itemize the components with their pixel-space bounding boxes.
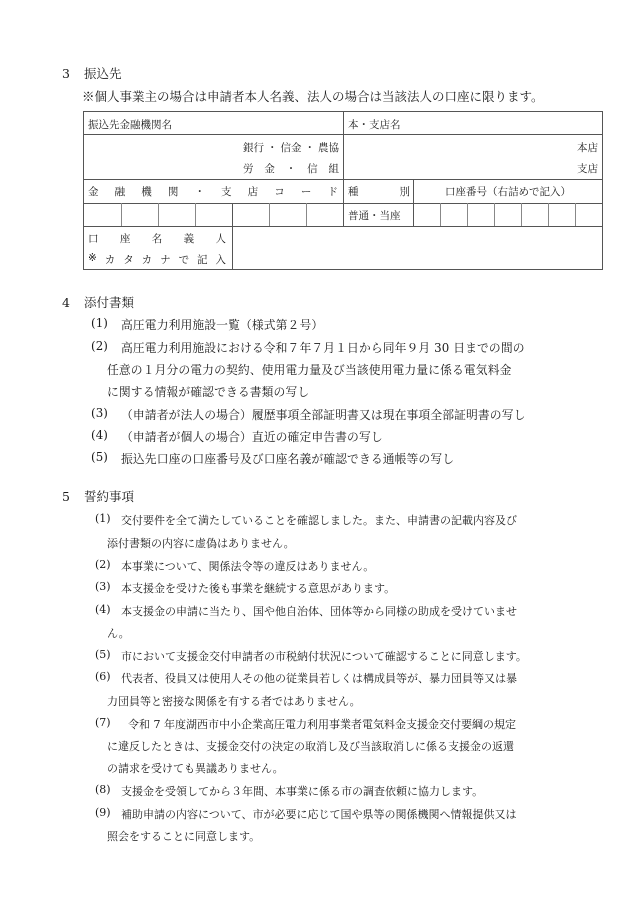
pledge-item-3-number: (3)	[95, 580, 111, 593]
attachment-item-5-number: (5)	[91, 450, 108, 464]
attachment-item-2-number: (2)	[91, 339, 108, 353]
account-cell-2[interactable]	[440, 204, 467, 226]
section5-number: 5	[62, 489, 70, 504]
section3-note: ※個人事業主の場合は申請者本人名義、法人の場合は当該法人の口座に限ります。	[82, 87, 544, 105]
pledge-item-7-line-1: 令和 7 年度湖西市中小企業高圧電力利用事業者電気料金支援金交付要綱の規定	[128, 716, 516, 732]
code-cell-5[interactable]	[232, 204, 269, 226]
pledge-item-4-line-1: 本支援金の申請に当たり、国や他自治体、団体等から同様の助成を受けていませ	[121, 603, 517, 619]
attachment-item-4-number: (4)	[91, 428, 108, 442]
pledge-item-8-number: (8)	[95, 783, 111, 796]
section4-title: 添付書類	[84, 295, 134, 310]
code-cell-6[interactable]	[269, 204, 306, 226]
attachment-item-3: （申請者が法人の場合）履歴事項全部証明書又は現在事項全部証明書の写し	[121, 406, 526, 423]
attachment-item-1-number: (1)	[91, 316, 108, 330]
account-cell-1[interactable]	[413, 204, 440, 226]
attachment-item-1: 高圧電力利用施設一覧（様式第２号）	[121, 316, 323, 333]
account-holder-label: 口 座 名 義 人	[88, 231, 226, 246]
bank-name-field[interactable]: 銀行 ・ 信金 ・ 農協 労 金 ・ 信 組	[84, 135, 343, 179]
branch-sub-option: 支店	[577, 161, 598, 176]
bank-branch-code-label: 金 融 機 関 ・ 支 店 コ ー ド	[88, 184, 338, 199]
attachment-item-2-line-1: 高圧電力利用施設における令和７年７月１日から同年９月 30 日までの間の	[121, 339, 525, 356]
account-holder-field[interactable]	[233, 227, 602, 269]
pledge-item-1-number: (1)	[95, 512, 111, 525]
section4-heading: 4添付書類	[62, 293, 134, 311]
account-cell-4[interactable]	[494, 204, 521, 226]
account-cell-5[interactable]	[521, 204, 548, 226]
pledge-item-7-line-3: の請求を受けても異議ありません。	[107, 760, 284, 776]
account-cell-6[interactable]	[548, 204, 575, 226]
pledge-item-5-number: (5)	[95, 648, 111, 661]
code-cell-2[interactable]	[121, 204, 158, 226]
code-cell-1[interactable]	[84, 204, 121, 226]
pledge-item-2-number: (2)	[95, 558, 111, 571]
account-cell-3[interactable]	[467, 204, 494, 226]
attachment-item-2-line-2: 任意の１月分の電力の契約、使用電力量及び当該使用電力量に係る電気料金	[107, 361, 512, 378]
pledge-item-7-number: (7)	[95, 716, 111, 729]
attachment-item-3-number: (3)	[91, 406, 108, 420]
pledge-item-7-line-2: に違反したときは、支援金交付の決定の取消し及び当該取消しに係る支援金の返還	[107, 738, 514, 754]
transfer-account-table: 振込先金融機関名 本・支店名 銀行 ・ 信金 ・ 農協 労 金 ・ 信 組 本店…	[83, 111, 603, 270]
account-cell-7[interactable]	[575, 204, 602, 226]
code-cell-4[interactable]	[195, 204, 232, 226]
bank-name-label: 振込先金融機関名	[88, 117, 172, 132]
pledge-item-4-line-2: ん。	[107, 625, 130, 641]
pledge-item-2: 本事業について、関係法令等の違反はありません。	[121, 558, 374, 574]
pledge-item-5: 市において支援金交付申請者の市税納付状況について確認することに同意します。	[121, 648, 527, 664]
pledge-item-9-number: (9)	[95, 806, 111, 819]
attachment-item-5: 振込先口座の口座番号及び口座名義が確認できる通帳等の写し	[121, 450, 454, 467]
bank-types-line1: 銀行 ・ 信金 ・ 農協	[243, 140, 339, 155]
section5-title: 誓約事項	[84, 489, 134, 504]
code-cell-3[interactable]	[158, 204, 195, 226]
pledge-item-6-number: (6)	[95, 670, 111, 683]
pledge-item-8: 支援金を受領してから３年間、本事業に係る市の調査依頼に協力します。	[121, 783, 483, 799]
account-number-label: 口座番号（右詰めで記入）	[414, 184, 602, 199]
attachment-item-2-line-3: に関する情報が確認できる書類の写し	[107, 383, 309, 400]
section4-number: 4	[62, 295, 70, 310]
code-cell-7[interactable]	[306, 204, 343, 226]
pledge-item-4-number: (4)	[95, 603, 111, 616]
account-type-value[interactable]: 普通・当座	[348, 208, 401, 223]
section5-heading: 5誓約事項	[62, 487, 134, 505]
pledge-item-1-line-2: 添付書類の内容に虚偽はありません。	[107, 535, 295, 551]
section3-number: 3	[62, 66, 70, 81]
account-type-label: 種 別	[348, 184, 410, 199]
account-holder-katakana-note: ※ カ タ カ ナ で 記 入	[88, 252, 226, 267]
pledge-item-9-line-2: 照会をすることに同意します。	[107, 828, 260, 844]
pledge-item-3: 本支援金を受けた後も事業を継続する意思があります。	[121, 580, 395, 596]
pledge-item-6-line-1: 代表者、役員又は使用人その他の従業員若しくは構成員等が、暴力団員等又は暴	[121, 670, 517, 686]
pledge-item-9-line-1: 補助申請の内容について、市が必要に応じて国や県等の関係機関へ情報提供又は	[121, 806, 517, 822]
attachment-item-4: （申請者が個人の場合）直近の確定申告書の写し	[121, 428, 383, 445]
section3-heading: 3振込先	[62, 64, 121, 82]
document-page: 3振込先 ※個人事業主の場合は申請者本人名義、法人の場合は当該法人の口座に限りま…	[0, 0, 630, 903]
branch-main-option: 本店	[577, 140, 598, 155]
branch-name-field[interactable]: 本店 支店	[344, 135, 602, 179]
section3-title: 振込先	[84, 66, 122, 81]
branch-name-label: 本・支店名	[348, 117, 401, 132]
pledge-item-6-line-2: 力団員等と密接な関係を有する者ではありません。	[107, 693, 361, 709]
pledge-item-1-line-1: 交付要件を全て満たしていることを確認しました。また、申請書の記載内容及び	[121, 512, 517, 528]
bank-types-line2: 労 金 ・ 信 組	[243, 161, 339, 176]
